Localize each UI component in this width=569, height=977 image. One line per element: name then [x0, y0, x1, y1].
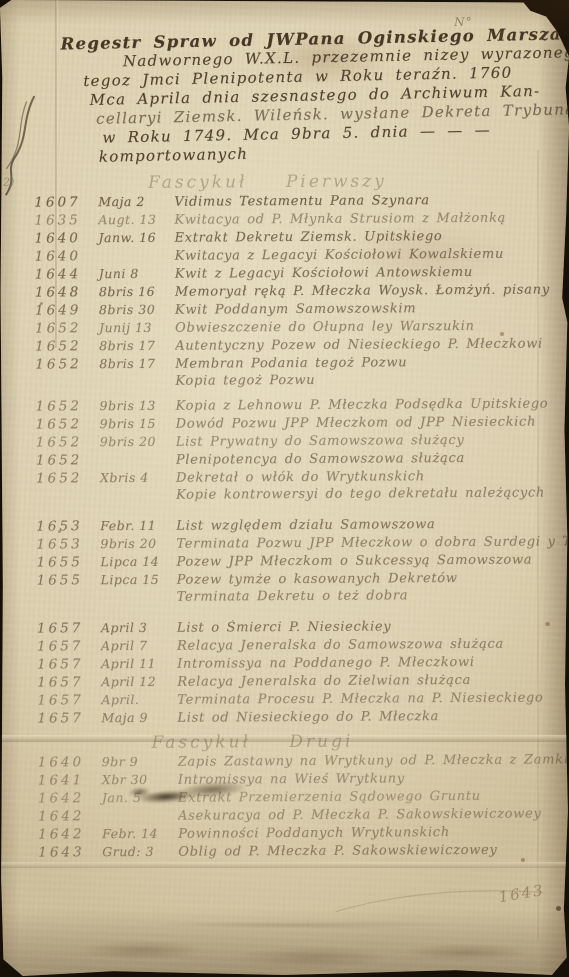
row-date: 9br 9	[102, 754, 178, 769]
row-description: Relacya Jeneralska do Samowszowa służąca	[177, 636, 569, 653]
row-year: 1652	[35, 320, 99, 336]
fascicle-two-section: Fascykuł Drugi 1640 9br 9 Zapis Zastawny…	[1, 729, 569, 862]
row-year: 1657	[37, 710, 101, 726]
row-year: 1643	[38, 844, 102, 860]
row-description: List o Śmierci P. Niesieckiey	[177, 618, 569, 635]
row-date: Xbris 4	[100, 470, 176, 485]
row-description: Pozew JPP Młeczkom o Sukcessyą Samowszow…	[176, 552, 569, 569]
row-date: Augt. 13	[98, 212, 174, 227]
row-date: Maja 2	[98, 194, 174, 209]
row-date: Jan. 5	[102, 790, 178, 805]
row-description: Asekuracya od P. Młeczka P. Sakowskiewic…	[178, 806, 569, 823]
row-description: Relacya Jeneralska do Zielwian służąca	[177, 672, 569, 689]
row-description: Dekretał o włók do Wrytkunskich	[176, 468, 569, 485]
row-year: 1652	[35, 398, 99, 414]
fascicle-one-title: Fascykuł Pierwszy	[148, 169, 567, 194]
row-description: Vidimus Testamentu Pana Szynara	[174, 192, 567, 209]
row-description: Terminata Procesu P. Młeczka na P. Niesi…	[177, 690, 569, 707]
row-year: 1657	[37, 620, 101, 636]
row-date: Grud: 3	[102, 844, 178, 859]
row-date: April 3	[101, 620, 177, 635]
row-year: 1652	[36, 416, 100, 432]
manuscript-content: N° 2) Regestr Spraw od JWPana Oginskiego…	[0, 0, 569, 977]
row-description: List Prywatny do Samowszowa służący	[176, 432, 569, 449]
row-description: Kwit Poddanym Samowszowskim	[175, 300, 568, 317]
row-year: 1644	[35, 266, 99, 282]
row-description: Powinności Poddanych Wrytkunskich	[178, 824, 569, 841]
row-year: 1652	[36, 452, 100, 468]
left-edge-mark: 2)	[3, 176, 14, 189]
row-description: Membran Podania tegoż Pozwu	[175, 354, 568, 371]
row-year: 1635	[34, 212, 98, 228]
row-date: April 7	[101, 638, 177, 653]
row-year: 1652	[36, 470, 100, 486]
row-year: 1657	[37, 656, 101, 672]
row-description: Plenipotencya do Samowszowa służąca	[176, 450, 569, 467]
row-description: Zapis Zastawny na Wrytkuny od P. Młeczka…	[178, 752, 569, 769]
row-date: 8bris 17	[99, 338, 175, 353]
row-description: List od Niesieckiego do P. Młeczka	[177, 708, 569, 725]
row-year: 1652	[35, 338, 99, 354]
row-date: April 12	[101, 674, 177, 689]
fascicle-one-rows: 1607 Maja 2 Vidimus Testamentu Pana Szyn…	[0, 191, 569, 728]
fascicle-two-rows: 1640 9br 9 Zapis Zastawny na Wrytkuny od…	[2, 751, 569, 862]
row-date: Febr. 14	[102, 826, 178, 841]
row-year: 1648	[35, 284, 99, 300]
row-description: Kwitacya z Legacyi Kościołowi Kowalskiem…	[175, 246, 568, 263]
row-year: 1653	[36, 536, 100, 552]
table-row: Kopia tegoż Pozwu	[0, 371, 568, 392]
row-year: 1653	[36, 518, 100, 534]
row-date: Febr. 11	[100, 518, 176, 533]
table-row: 1643 Grud: 3 Oblig od P. Młeczka P. Sako…	[2, 841, 569, 862]
row-date: April.	[101, 692, 177, 707]
row-date: 9bris 15	[100, 416, 176, 431]
row-description: Obwieszczenie do Ołupna ley Warszukin	[175, 318, 568, 335]
row-year: 1657	[37, 638, 101, 654]
scan-stage: N° 2) Regestr Spraw od JWPana Oginskiego…	[0, 0, 569, 977]
row-description: Pozew tymże o kasowanych Dekretów	[177, 570, 569, 587]
row-description: Memoryał ręką P. Młeczka Woysk. Łomżyń. …	[175, 282, 568, 299]
fascicle-one-section: Fascykuł Pierwszy 1607 Maja 2 Vidimus Te…	[0, 169, 569, 728]
row-year: 1607	[34, 194, 98, 210]
row-date: 8bris 30	[99, 302, 175, 317]
row-year: 1652	[36, 434, 100, 450]
row-description: Terminata Pozwu JPP Młeczkow o dobra Sur…	[176, 534, 569, 551]
row-description: Intromissya na Wieś Wrytkuny	[178, 770, 569, 787]
row-description: Autentyczny Pozew od Niesieckiego P. Młe…	[175, 336, 568, 353]
row-description: Oblig od P. Młeczka P. Sakowskiewiczowey	[178, 842, 569, 859]
row-date: Xbr 30	[102, 772, 178, 787]
row-description: Kopia z Lehnowu P. Młeczka Podsędka Upit…	[175, 396, 568, 413]
row-date: Junij 13	[99, 320, 175, 335]
row-date: April 11	[101, 656, 177, 671]
row-year: 1640	[34, 230, 98, 246]
row-date: Janw. 16	[98, 230, 174, 245]
row-year: 1640	[35, 248, 99, 264]
row-description: Kwit z Legacyi Kościołowi Antowskiemu	[175, 264, 568, 281]
fascicle-two-title: Fascykuł Drugi	[151, 729, 569, 754]
row-year: 1642	[38, 790, 102, 806]
row-date: 9bris 13	[99, 398, 175, 413]
table-row: Terminata Dekretu o też dobra	[1, 587, 569, 608]
row-description: Kopie kontrowersyi do tego dekretału nal…	[176, 485, 569, 502]
row-description: Intromissya na Poddanego P. Młeczkowi	[177, 654, 569, 671]
row-year: 1641	[38, 772, 102, 788]
row-date: 9bris 20	[100, 536, 176, 551]
row-date: Lipca 14	[100, 554, 176, 569]
row-year: 1642	[38, 808, 102, 824]
row-year: 1642	[38, 826, 102, 842]
row-description: Extrakt Dekretu Ziemsk. Upitskiego	[174, 228, 567, 245]
row-date: 8bris 16	[99, 284, 175, 299]
register-header: Regestr Spraw od JWPana Oginskiego Marsz…	[0, 24, 568, 168]
table-row: 1657 Maja 9 List od Niesieckiego do P. M…	[1, 707, 569, 728]
row-year: 1657	[37, 674, 101, 690]
row-description: Kwitacya od P. Młynka Strusiom z Małżonk…	[174, 210, 567, 227]
row-date: Juni 8	[99, 266, 175, 281]
row-date: 8bris 17	[99, 356, 175, 371]
table-row: Kopie kontrowersyi do tego dekretału nal…	[0, 485, 569, 506]
row-description: List względem działu Samowszowa	[176, 516, 569, 533]
row-year: 1657	[37, 692, 101, 708]
row-year: 1649	[35, 302, 99, 318]
row-date: Maja 9	[101, 710, 177, 725]
row-year: 1652	[35, 356, 99, 372]
row-date: Lipca 15	[101, 572, 177, 587]
row-description: Extrakt Przemierzenia Sądowego Gruntu	[178, 788, 569, 805]
row-description: Terminata Dekretu o też dobra	[177, 587, 569, 604]
manuscript-paper: N° 2) Regestr Spraw od JWPana Oginskiego…	[0, 0, 569, 977]
row-date: 9bris 20	[100, 434, 176, 449]
row-year: 1655	[36, 554, 100, 570]
row-year: 1640	[38, 754, 102, 770]
row-description: Kopia tegoż Pozwu	[175, 371, 568, 388]
row-description: Dowód Pozwu JPP Młeczkom od JPP Niesieck…	[176, 414, 569, 431]
row-year: 1655	[37, 572, 101, 588]
